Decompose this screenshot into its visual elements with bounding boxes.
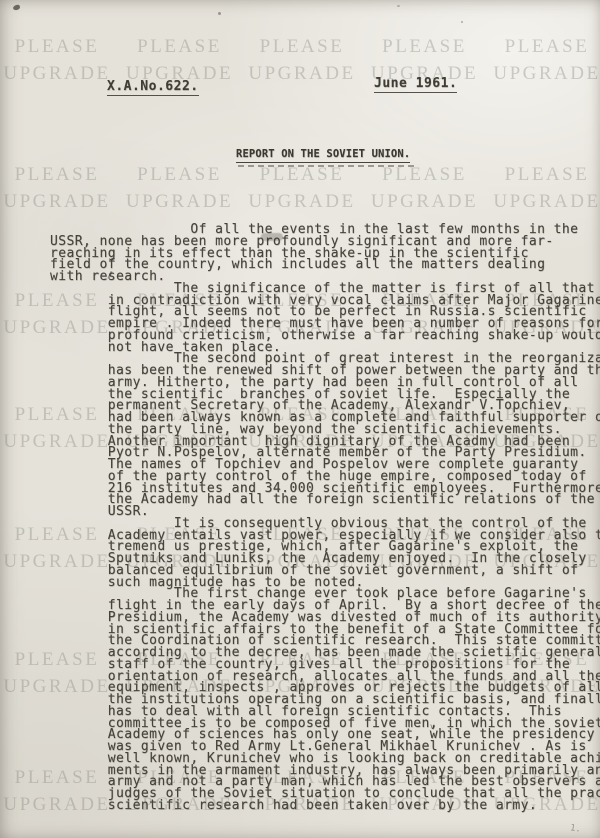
watermark-text: PLEASEUPGRADE — [241, 161, 363, 215]
title-dashed-underline — [238, 165, 414, 167]
document-date: June 1961. — [374, 76, 457, 93]
watermark-text: PLEASEUPGRADE — [119, 161, 241, 215]
watermark-text: PLEASEUPGRADE — [486, 161, 600, 215]
scanned-document-page: PLEASEUPGRADEPLEASEUPGRADEPLEASEUPGRADEP… — [0, 0, 600, 838]
watermark-row: PLEASEUPGRADEPLEASEUPGRADEPLEASEUPGRADEP… — [0, 33, 600, 87]
scan-artifact-speck — [218, 12, 221, 15]
watermark-row: PLEASEUPGRADEPLEASEUPGRADEPLEASEUPGRADEP… — [0, 161, 600, 215]
page-number-mark: 1. — [569, 823, 581, 834]
document-body: Of all the events in the last few months… — [50, 224, 600, 812]
watermark-text: PLEASEUPGRADE — [0, 33, 118, 87]
typed-caret-mark: v — [430, 722, 435, 731]
scan-artifact-speck — [397, 5, 400, 7]
document-reference: X.A.No.622. — [107, 79, 199, 96]
watermark-text: PLEASEUPGRADE — [0, 161, 118, 215]
scan-artifact-speck — [12, 4, 20, 11]
scan-artifact-speck — [461, 21, 463, 23]
watermark-text: PLEASEUPGRADE — [241, 33, 363, 87]
page-title: REPORT ON THE SOVIET UNION. — [236, 148, 410, 163]
watermark-text: PLEASEUPGRADE — [364, 161, 486, 215]
watermark-text: PLEASEUPGRADE — [486, 33, 600, 87]
